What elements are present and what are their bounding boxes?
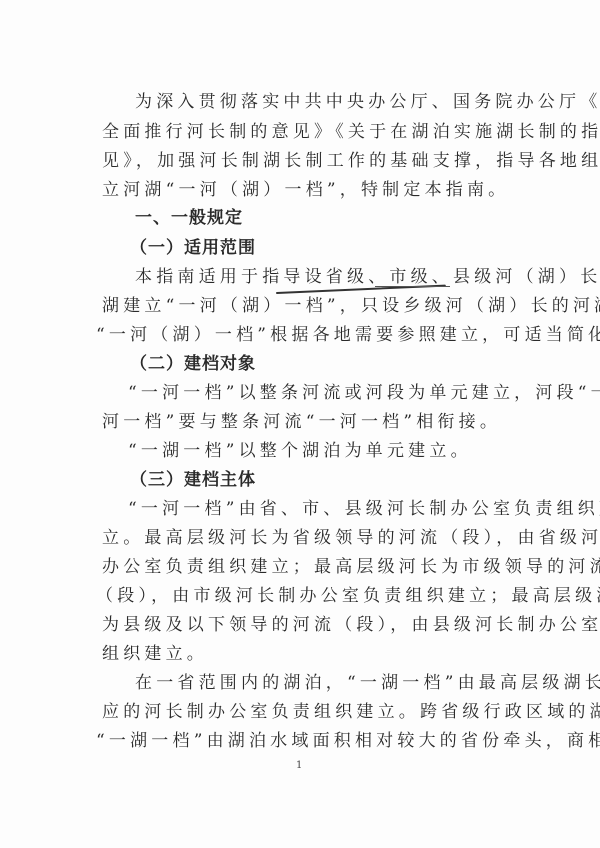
paragraph-scope-line-3: “一河（湖）一档”根据各地需要参照建立，可适当简化。 — [96, 324, 496, 346]
paragraph-subject-line-4: （段），由市级河长制办公室负责组织建立；最高层级河长 — [96, 585, 496, 607]
paragraph-objects-lake: “一湖一档”以整个湖泊为单元建立。 — [128, 440, 528, 462]
document-page: 为深入贯彻落实中共中央办公厅、国务院办公厅《关于 全面推行河长制的意见》《关于在… — [0, 0, 600, 848]
handwritten-underline-mark-2 — [375, 286, 450, 287]
paragraph-intro-line-2: 全面推行河长制的意见》《关于在湖泊实施湖长制的指导意 — [102, 121, 502, 143]
paragraph-intro-line-3: 见》，加强河长制湖长制工作的基础支撑，指导各地组织建 — [102, 150, 502, 172]
subsection-heading-objects: （二）建档对象 — [130, 353, 530, 375]
paragraph-objects-line-2: 河一档”要与整条河流“一河一档”相衔接。 — [102, 411, 502, 433]
paragraph-lake-line-2: 应的河长制办公室负责组织建立。跨省级行政区域的湖泊， — [102, 701, 502, 723]
paragraph-objects-line-1: “一河一档”以整条河流或河段为单元建立，河段“一 — [128, 382, 528, 404]
paragraph-subject-line-1: “一河一档”由省、市、县级河长制办公室负责组织建 — [128, 498, 528, 520]
paragraph-subject-line-3: 办公室负责组织建立；最高层级河长为市级领导的河流 — [102, 556, 502, 578]
paragraph-subject-line-2: 立。最高层级河长为省级领导的河流（段），由省级河长制 — [102, 527, 502, 549]
section-heading-general: 一、一般规定 — [135, 207, 535, 229]
subsection-heading-subject: （三）建档主体 — [130, 469, 530, 491]
paragraph-scope-line-2: 湖建立“一河（湖）一档”，只设乡级河（湖）长的河湖的 — [102, 295, 502, 317]
paragraph-intro-line-4: 立河湖“一河（湖）一档”，特制定本指南。 — [102, 179, 502, 201]
paragraph-lake-line-3: “一湖一档”由湖泊水域面积相对较大的省份牵头，商相关 — [96, 730, 496, 752]
paragraph-lake-line-1: 在一省范围内的湖泊，“一湖一档”由最高层级湖长相 — [135, 672, 535, 694]
page-number: 1 — [296, 760, 302, 771]
paragraph-subject-line-6: 组织建立。 — [102, 643, 502, 665]
paragraph-intro-line-1: 为深入贯彻落实中共中央办公厅、国务院办公厅《关于 — [135, 91, 535, 113]
paragraph-scope-line-1: 本指南适用于指导设省级、市级、县级河（湖）长的河 — [135, 266, 535, 288]
paragraph-subject-line-5: 为县级及以下领导的河流（段），由县级河长制办公室负责 — [102, 614, 502, 636]
subsection-heading-scope: （一）适用范围 — [130, 237, 530, 259]
